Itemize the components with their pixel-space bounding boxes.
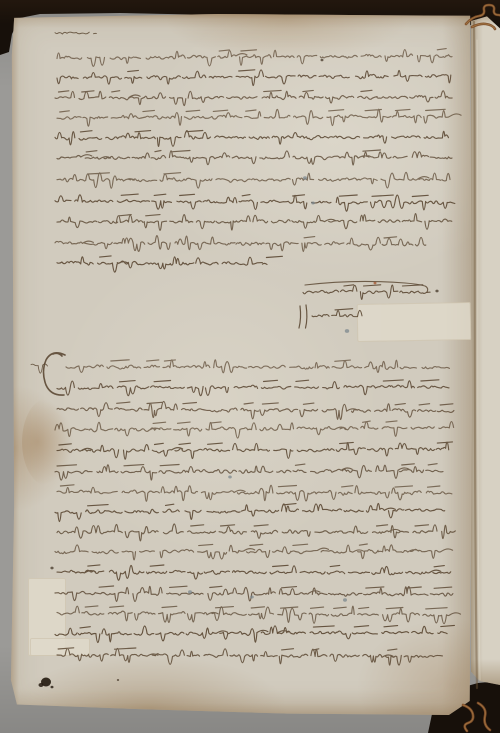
repair-patch — [357, 302, 472, 342]
adjacent-page-edge — [471, 15, 500, 685]
photo-frame — [0, 0, 500, 733]
manuscript-page — [10, 13, 472, 715]
repair-patch — [30, 638, 90, 656]
stain — [22, 398, 74, 486]
